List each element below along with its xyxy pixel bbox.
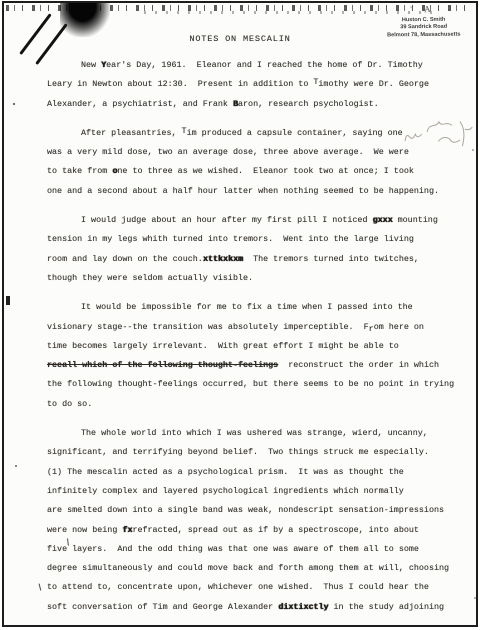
typewritten-line: was a very mild dose, two an average dos…	[47, 143, 446, 162]
pencil-scrawl-annotation	[402, 119, 476, 155]
line-text: in the study adjoining	[328, 602, 444, 612]
typewritten-line: tension in my legs whith turned into tre…	[47, 230, 446, 249]
line-text: infinitely complex and layered psycholog…	[47, 486, 404, 496]
typewritten-line: visionary stage--the transition was abso…	[47, 318, 446, 337]
high-mark: T	[313, 77, 318, 87]
typewritten-line: It would be impossible for me to fix a t…	[47, 298, 446, 317]
over-mark: dixtixctly	[278, 602, 328, 612]
over-mark: fx	[122, 525, 132, 535]
line-text: om here on	[374, 322, 424, 332]
line-text: The tremors turned into twitches,	[243, 254, 419, 264]
paragraph: New Year's Day, 1961. Eleanor and I reac…	[47, 56, 446, 114]
typewritten-line: degree simultaneously and could move bac…	[47, 559, 446, 578]
scan-speck	[13, 103, 15, 105]
scan-speck	[474, 597, 476, 599]
typewritten-line: to do so.	[47, 395, 446, 414]
line-text: Alexander, a psychiatrist, and Frank	[47, 99, 233, 109]
typewritten-line: Leary in Newton about 12:30. Present in …	[47, 75, 446, 94]
typewritten-line: to take from one to three as we wished. …	[47, 162, 446, 181]
line-text: significant, and terrifying beyond belie…	[47, 447, 429, 457]
typewritten-line: New Year's Day, 1961. Eleanor and I reac…	[47, 56, 446, 75]
line-text: New	[81, 60, 101, 70]
over-mark: gxxx	[373, 215, 393, 225]
strike-mark: recall which of the following thought-fe…	[47, 360, 278, 370]
typewritten-line: After pleasantries, Tim produced a capsu…	[47, 124, 446, 143]
paragraph: The whole world into which I was ushered…	[47, 424, 446, 617]
high-mark: T	[182, 126, 187, 136]
low-mark: r	[369, 324, 374, 334]
line-text: room and lay down on the couch.	[47, 254, 203, 264]
typewritten-line: I would judge about an hour after my fir…	[47, 211, 446, 230]
typewritten-line: (1) The mescalin acted as a psychologica…	[47, 463, 446, 482]
typewritten-line: recall which of the following thought-fe…	[47, 356, 446, 375]
line-text: It would be impossible for me to fix a t…	[81, 302, 413, 312]
line-text: ear's Day, 1961. Eleanor and I reached t…	[106, 60, 423, 70]
line-text: The whole world into which I was ushered…	[81, 428, 428, 438]
mtick-mark: \	[35, 579, 45, 599]
line-text: though they were seldom actually visible…	[47, 273, 253, 283]
typewritten-line: are smelted down into a single band was …	[47, 501, 446, 520]
typewritten-line: one and a second about a half hour latte…	[47, 182, 446, 201]
typewritten-line: were now being fxrefracted, spread out a…	[47, 521, 446, 540]
paragraph: It would be impossible for me to fix a t…	[47, 298, 446, 414]
line-text: reconstruct the order in which	[278, 360, 439, 370]
typewritten-line: significant, and terrifying beyond belie…	[47, 443, 446, 462]
line-text: tension in my legs whith turned into tre…	[47, 234, 414, 244]
typewritten-line: time becomes largely irrelevant. With gr…	[47, 337, 446, 356]
typewritten-line: The whole world into which I was ushered…	[47, 424, 446, 443]
typewritten-line: room and lay down on the couch.xttkxkxm …	[47, 250, 446, 269]
paragraph: I would judge about an hour after my fir…	[47, 211, 446, 288]
scan-speck	[472, 149, 474, 151]
line-text: the following thought-feelings occurred,…	[47, 379, 454, 389]
over-mark: xttkxkxm	[203, 254, 243, 264]
line-text: Leary in Newton about 12:30. Present in …	[47, 79, 313, 89]
line-text: refracted, spread out as if by a spectro…	[132, 525, 418, 535]
line-text: was a very mild dose, two an average dos…	[47, 147, 409, 157]
paragraph: After pleasantries, Tim produced a capsu…	[47, 124, 446, 201]
line-text: visionary stage--the transition was abso…	[47, 322, 369, 332]
scan-border-frame: ˙˟ A Huston C. Smith 39 Sandrick Road Be…	[2, 1, 478, 627]
line-text: to take from	[47, 166, 112, 176]
line-text: imothy were Dr. George	[318, 79, 429, 89]
scanned-page: ˙˟ A Huston C. Smith 39 Sandrick Road Be…	[0, 0, 480, 630]
typewritten-line: \to attend to, concentrate upon, whichev…	[47, 578, 446, 597]
typewritten-line: five\ layers. And the odd thing was that…	[47, 540, 446, 559]
line-text: one and a second about a half hour latte…	[47, 186, 439, 196]
line-text: layers. And the odd thing was that one w…	[67, 544, 419, 554]
toner-smudge	[60, 3, 110, 37]
corner-scribble-marks: ˙˟	[403, 6, 416, 13]
line-text: im produced a capsule container, saying …	[187, 128, 403, 138]
line-text: aron, research psychologist.	[238, 99, 379, 109]
line-text: (1) The mescalin acted as a psychologica…	[47, 467, 404, 477]
typewritten-line: infinitely complex and layered psycholog…	[47, 482, 446, 501]
line-text: After pleasantries,	[81, 128, 182, 138]
line-text: time becomes largely irrelevant. With gr…	[47, 341, 399, 351]
line-text: soft conversation of Tim and George Alex…	[47, 602, 278, 612]
typewritten-line: Alexander, a psychiatrist, and Frank Bar…	[47, 95, 446, 114]
line-text: degree simultaneously and could move bac…	[47, 563, 449, 573]
line-text: to do so.	[47, 399, 92, 409]
line-text: ne to three as we wished. Eleanor took t…	[117, 166, 414, 176]
scan-noise-band-secondary	[144, 11, 436, 14]
corner-letter-mark: A	[423, 4, 430, 14]
line-text: I would judge about an hour after my fir…	[81, 215, 373, 225]
document-body: New Year's Day, 1961. Eleanor and I reac…	[47, 56, 446, 617]
line-text: are smelted down into a single band was …	[47, 505, 444, 515]
line-text: were now being	[47, 525, 122, 535]
line-text: mounting	[393, 215, 438, 225]
typewritten-line: though they were seldom actually visible…	[47, 269, 446, 288]
scan-speck	[15, 465, 17, 467]
typewritten-line: the following thought-feelings occurred,…	[47, 375, 446, 394]
typewritten-line: soft conversation of Tim and George Alex…	[47, 598, 446, 617]
scan-artifact	[6, 296, 10, 305]
document-title: NOTES ON MESCALIN	[4, 34, 476, 44]
line-text: to attend to, concentrate upon, whicheve…	[47, 582, 429, 592]
